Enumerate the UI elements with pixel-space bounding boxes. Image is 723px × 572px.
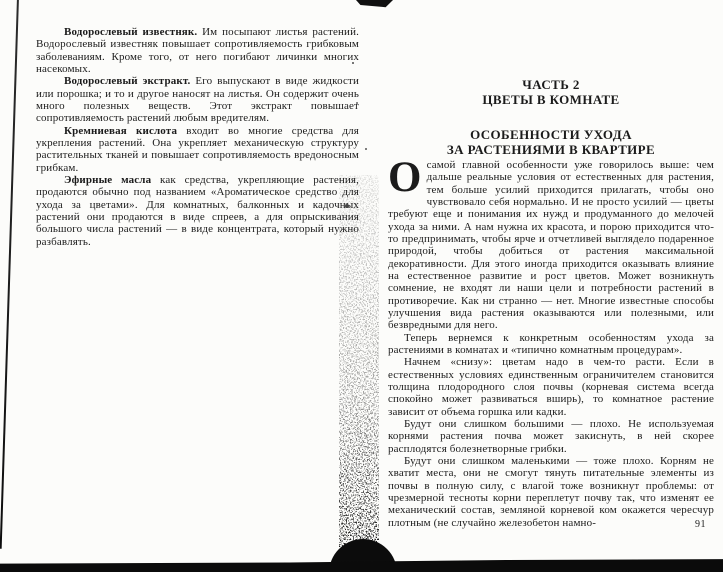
page-edge-line: [0, 0, 19, 549]
paragraph-text: самой главной особенности уже говорилось…: [388, 159, 714, 331]
chapter-heading-line1: ОСОБЕННОСТИ УХОДА: [388, 127, 714, 142]
book-scan: Водорослевый известняк. Им посыпают лист…: [0, 0, 723, 572]
paragraph: Будут они слишком большими — плохо. Не и…: [388, 418, 714, 455]
part-heading-line2: ЦВЕТЫ В КОМНАТЕ: [388, 92, 714, 107]
right-page: ЧАСТЬ 2 ЦВЕТЫ В КОМНАТЕ ОСОБЕННОСТИ УХОД…: [388, 77, 714, 529]
paragraph: Кремниевая кислота входит во многие сред…: [36, 125, 359, 174]
drop-cap: О: [388, 160, 422, 196]
term-bold: Кремниевая кислота: [64, 125, 177, 137]
part-heading-line1: ЧАСТЬ 2: [388, 77, 714, 92]
paragraph: Водорослевый известняк. Им посыпают лист…: [36, 26, 359, 75]
left-page: Водорослевый известняк. Им посыпают лист…: [36, 26, 359, 248]
paragraph: Осамой главной особенности уже говорилос…: [388, 159, 714, 332]
paragraph: Будут они слишком маленькими — тоже плох…: [388, 455, 714, 529]
page-number: 91: [684, 519, 706, 530]
gutter-shadow-top: [356, 0, 393, 9]
chapter-heading: ОСОБЕННОСТИ УХОДА ЗА РАСТЕНИЯМИ В КВАРТИ…: [388, 127, 714, 157]
chapter-body: Осамой главной особенности уже говорилос…: [388, 159, 714, 529]
part-heading: ЧАСТЬ 2 ЦВЕТЫ В КОМНАТЕ: [388, 77, 714, 107]
paragraph: Теперь вернемся к конкретным особенностя…: [388, 332, 714, 357]
gutter-noise: [339, 175, 379, 572]
chapter-heading-line2: ЗА РАСТЕНИЯМИ В КВАРТИРЕ: [388, 142, 714, 157]
stray-specks: [352, 62, 354, 64]
paragraph: Эфирные масла как средства, укрепляющие …: [36, 174, 359, 248]
paragraph: Водорослевый экстракт. Его выпускают в в…: [36, 75, 359, 124]
term-bold: Эфирные масла: [64, 174, 151, 186]
term-bold: Водорослевый известняк.: [64, 26, 197, 38]
term-bold: Водорослевый экстракт.: [64, 75, 190, 87]
paragraph: Начнем «снизу»: цветам надо в чем-то рас…: [388, 356, 714, 418]
